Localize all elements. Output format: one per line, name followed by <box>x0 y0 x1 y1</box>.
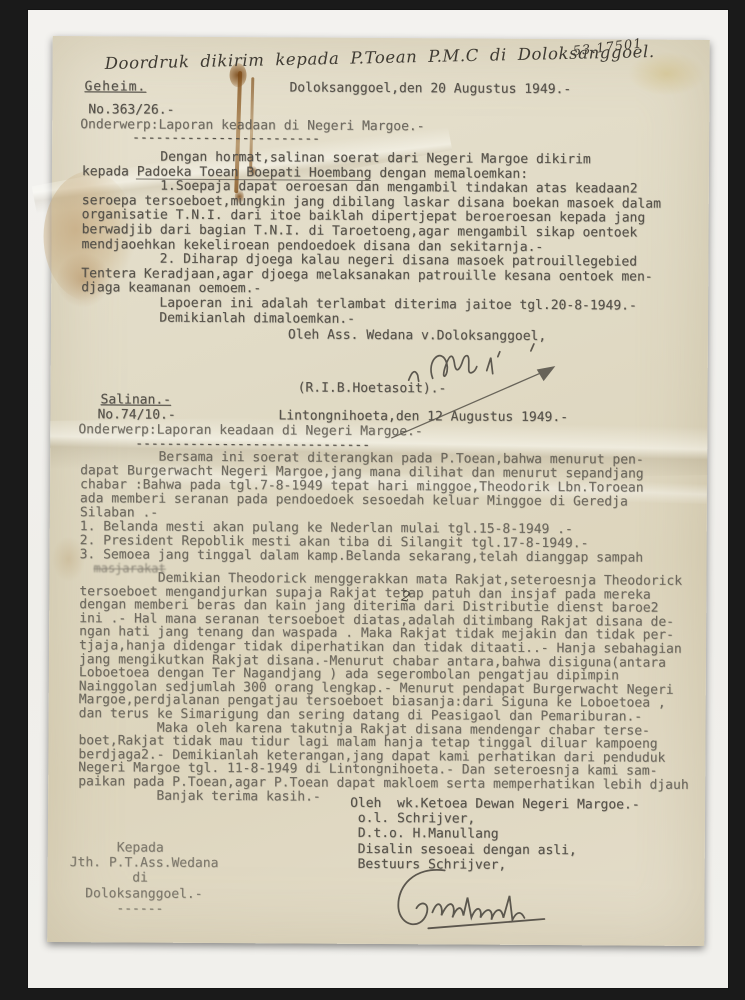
letter1-number: No.363/26.- <box>88 103 174 118</box>
letter2-body-part1: Bersama ini soerat diterangkan pada P.To… <box>80 450 644 565</box>
letter2-label: Salinan.- <box>101 393 172 408</box>
document-paper: Doordruk dikirim kepada P.Toean P.M.C di… <box>47 36 710 946</box>
scan-page: { "colors": { "frame": "#1a1a1a", "backi… <box>0 0 745 1000</box>
letter1-subject-rule: ------------------------ <box>132 131 320 147</box>
addressee-underline <box>136 166 371 181</box>
address-block: Kepada Jth. P.T.Ass.Wedana di Doloksangg… <box>69 840 218 917</box>
letter1-place-date: Doloksanggoel,den 20 Augustus 1949.- <box>289 81 571 97</box>
letter2-number: No.74/10.- <box>97 408 175 423</box>
letter2-body-part2: Demikian Theodorick menggerakkan mata Ra… <box>78 571 690 806</box>
signature-bestuurs-schrijver <box>392 860 572 941</box>
letter1-classification: Geheim. <box>84 80 146 95</box>
